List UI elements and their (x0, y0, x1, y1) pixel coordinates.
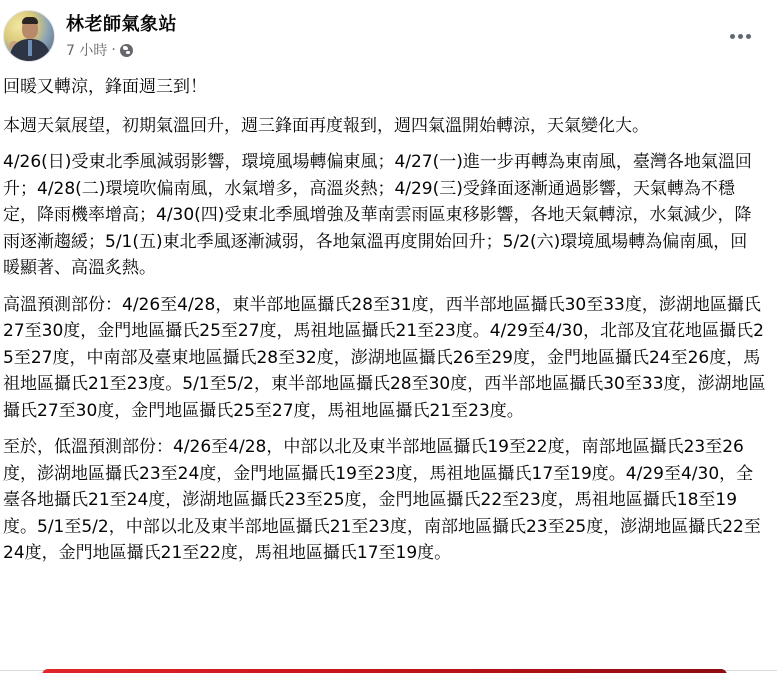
globe-icon[interactable] (120, 44, 133, 57)
post-daily-outlook: 4/26(日)受東北季風減弱影響，環境風場轉偏東風；4/27(一)進一步再轉為東… (3, 149, 763, 282)
more-dot-icon (746, 34, 751, 39)
attached-media-preview[interactable] (42, 669, 727, 673)
more-dot-icon (738, 34, 743, 39)
avatar-tie (28, 40, 32, 56)
author-avatar[interactable] (3, 10, 55, 62)
post-body: 回暖又轉涼，鋒面週三到！ 本週天氣展望，初期氣溫回升，週三鋒面再度報到，週四氣溫… (3, 74, 773, 577)
more-options-button[interactable] (722, 18, 758, 54)
meta-separator: · (111, 42, 115, 58)
post-timestamp[interactable]: 7 小時 (66, 40, 107, 60)
post-title: 回暖又轉涼，鋒面週三到！ (3, 74, 773, 101)
post-low-temp-forecast: 至於，低溫預測部份：4/26至4/28，中部以北及東半部地區攝氏19至22度，南… (3, 434, 768, 567)
post-header: 林老師氣象站 7 小時 · (0, 0, 777, 70)
avatar-hair (22, 17, 38, 24)
post-intro: 本週天氣展望，初期氣溫回升，週三鋒面再度報到，週四氣溫開始轉涼，天氣變化大。 (3, 113, 743, 140)
post-meta: 7 小時 · (66, 40, 133, 60)
post-high-temp-forecast: 高溫預測部份：4/26至4/28，東半部地區攝氏28至31度，西半部地區攝氏30… (3, 292, 768, 425)
author-name[interactable]: 林老師氣象站 (66, 10, 177, 36)
more-dot-icon (730, 34, 735, 39)
